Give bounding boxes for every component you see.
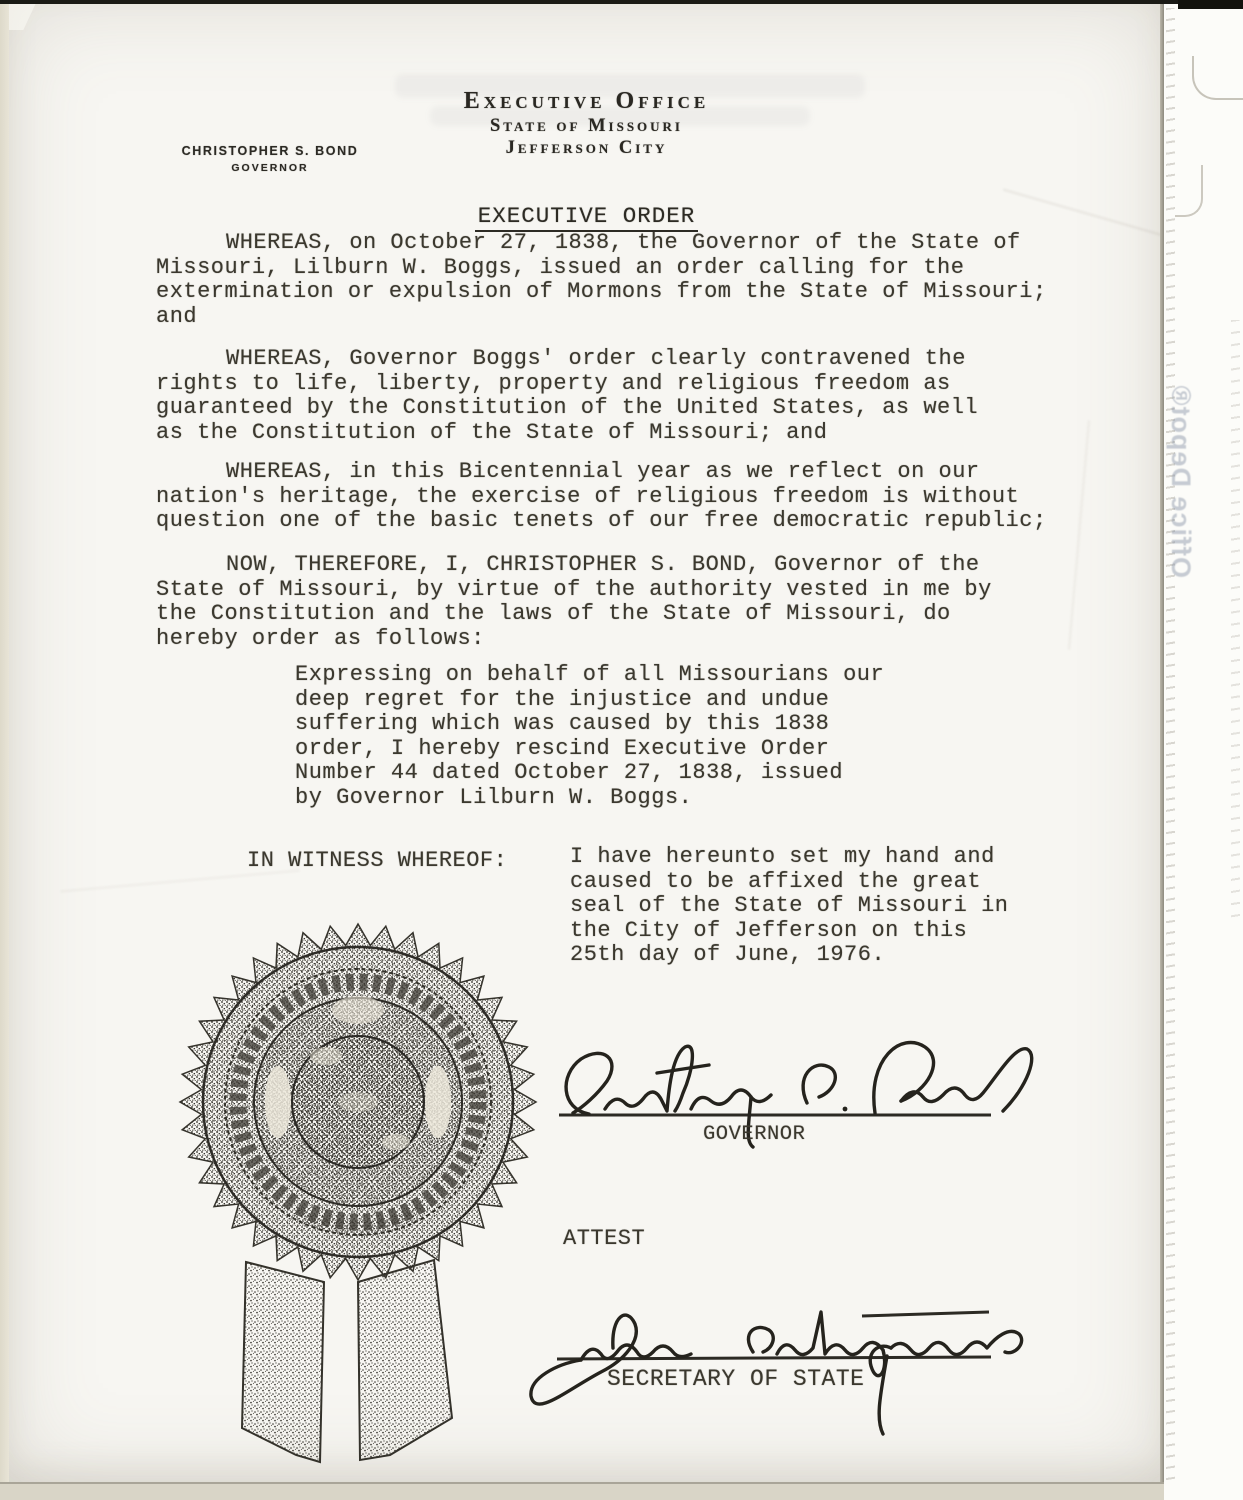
page-corner (9, 4, 55, 30)
perforation-ticks-inner (1166, 8, 1175, 1488)
governor-signature: Christopher S. Bond (545, 1015, 1065, 1175)
whereas-paragraph-3: WHEREAS, in this Bicentennial year as we… (156, 460, 1096, 534)
scan-top-edge-right (1178, 0, 1243, 9)
secretary-signature-title: SECRETARY OF STATE (607, 1367, 864, 1392)
rescission-order-text: Expressing on behalf of all Missourians … (295, 663, 915, 811)
seal-figure-right (425, 1066, 451, 1138)
attest-label: ATTEST (563, 1227, 645, 1252)
letterhead-office-line: Executive Office (9, 88, 1164, 115)
scan-top-edge (0, 0, 1243, 4)
governor-title: GOVERNOR (176, 162, 364, 175)
letterhead-state-line: State of Missouri (9, 115, 1164, 137)
secretary-signature: James C. Kirkpatrick (515, 1272, 1095, 1442)
document-scan: Executive Office State of Missouri Jeffe… (0, 0, 1243, 1500)
witness-whereof-text: I have hereunto set my hand and caused t… (570, 845, 1040, 968)
perforation-ticks-outer (1231, 320, 1240, 920)
seal-figure-left (265, 1066, 291, 1138)
seal-ribbon-left (242, 1262, 324, 1462)
binder-hole (1175, 165, 1203, 217)
document-title: EXECUTIVE ORDER (9, 179, 1164, 232)
letterhead-governor-block: CHRISTOPHER S. BOND GOVERNOR (176, 144, 364, 175)
governor-name: CHRISTOPHER S. BOND (176, 144, 364, 159)
binder-hole (1192, 56, 1243, 100)
scan-left-edge (0, 4, 9, 1482)
whereas-paragraph-1: WHEREAS, on October 27, 1838, the Govern… (156, 231, 1096, 329)
great-seal-of-missouri (146, 906, 570, 1486)
governor-signature-title: GOVERNOR (703, 1123, 805, 1148)
secretary-signature-upper-line (862, 1312, 989, 1316)
scan-bottom-edge (0, 1482, 1164, 1500)
now-therefore-paragraph: NOW, THEREFORE, I, CHRISTOPHER S. BOND, … (156, 553, 1096, 651)
document-title-text: EXECUTIVE ORDER (475, 204, 699, 233)
whereas-paragraph-2: WHEREAS, Governor Boggs' order clearly c… (156, 347, 1096, 445)
seal-crest (332, 996, 384, 1024)
witness-whereof-label: IN WITNESS WHEREOF: (247, 849, 507, 874)
seal-ribbon-right (358, 1260, 452, 1460)
